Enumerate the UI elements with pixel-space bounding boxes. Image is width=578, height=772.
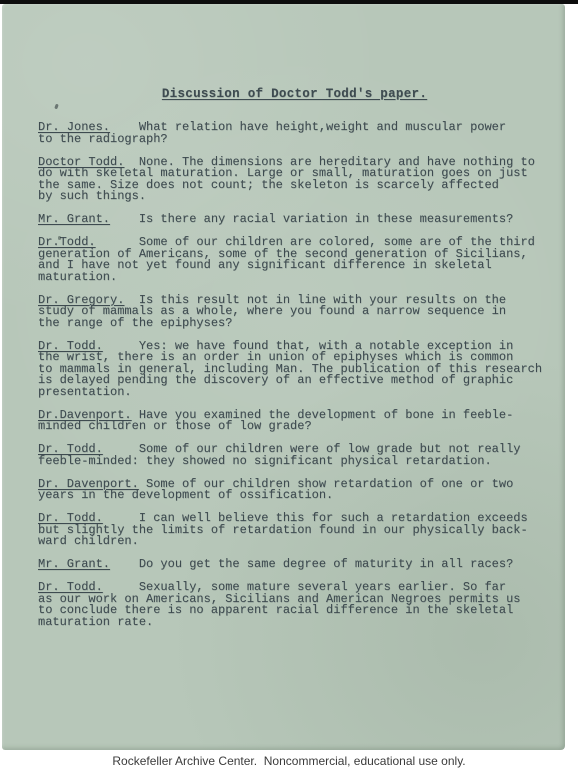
document-page: Discussion of Doctor Todd's paper. Dr. J… [2,4,565,750]
speech-text: Is there any racial variation in these m… [110,212,513,226]
speech-text: I can well believe this for such a retar… [38,511,528,548]
dialogue-paragraph: Dr. Todd. Some of our children were of l… [38,444,551,467]
dialogue-paragraph: Dr. Todd. I can well believe this for su… [38,513,551,548]
dialogue-paragraph: Dr.Davenport. Have you examined the deve… [38,410,551,433]
dialogue-paragraph: Dr. Davenport. Some of our children show… [38,479,551,502]
screenshot-root: { "colors": { "paper": "#b7c7b9", "ink":… [0,0,578,772]
archive-credit: Rockefeller Archive Center. Noncommercia… [0,753,578,772]
speech-text: Yes: we have found that, with a notable … [38,339,542,399]
dialogue-paragraph: Dr. Todd. Yes: we have found that, with … [38,341,551,399]
dialogue-paragraph: Mr. Grant. Is there any racial variation… [38,214,551,226]
dialogue-paragraph: Dr. Gregory. Is this result not in line … [38,295,551,330]
speech-text: Sexually, some mature several years earl… [38,580,520,629]
speech-text: Some of our children are colored, some a… [38,235,535,284]
speech-text: Some of our children were of low grade b… [38,442,520,468]
dialogue-paragraph: Dr.Todd. Some of our children are colore… [38,237,551,283]
dialogue-paragraph: Dr. Jones. What relation have height,wei… [38,122,551,145]
dialogue-paragraph: Dr. Todd. Sexually, some mature several … [38,582,551,628]
document-body: Dr. Jones. What relation have height,wei… [38,122,551,628]
speaker-name: Mr. Grant. [38,212,110,226]
document-title: Discussion of Doctor Todd's paper. [38,88,551,101]
speech-text: Do you get the same degree of maturity i… [110,557,513,571]
dialogue-paragraph: Mr. Grant. Do you get the same degree of… [38,559,551,571]
speaker-name: Mr. Grant. [38,557,110,571]
dialogue-paragraph: Doctor Todd. None. The dimensions are he… [38,157,551,203]
